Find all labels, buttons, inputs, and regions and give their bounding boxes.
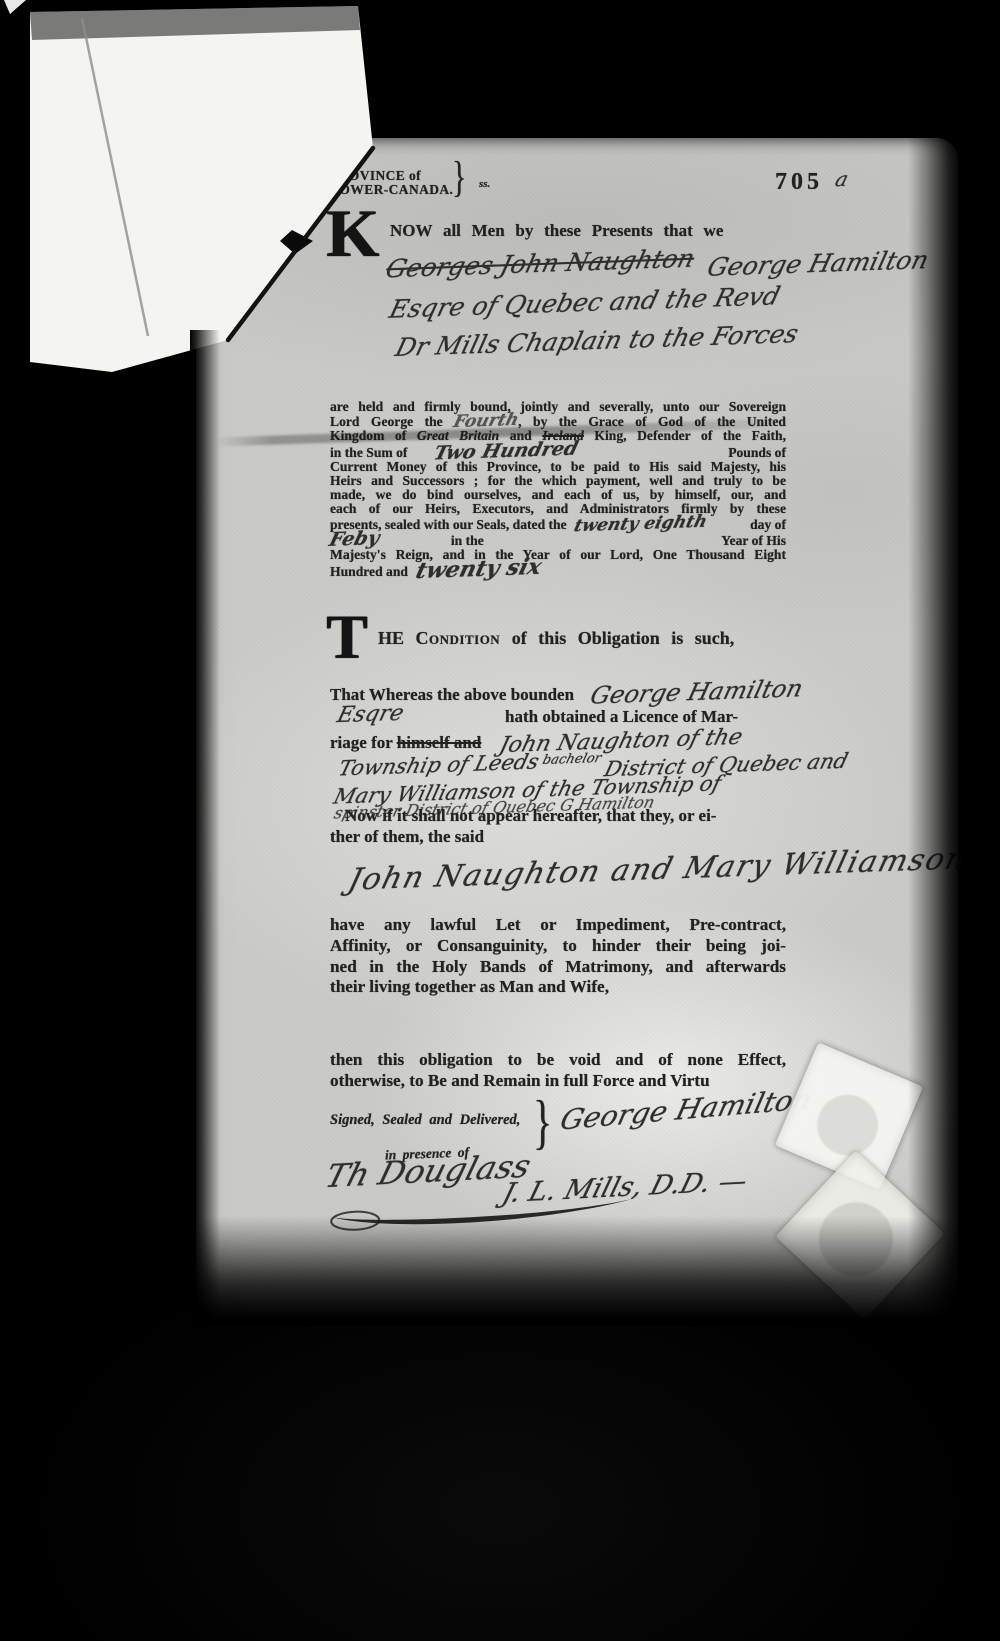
bond-line: Current Money of this Province, to be pa… xyxy=(330,460,786,474)
header-brace: } xyxy=(452,153,466,202)
impediment-line: have any lawful Let or Impediment, Pre-c… xyxy=(330,915,786,936)
bond-line: Majesty's Reign, and in the Year of our … xyxy=(330,548,786,562)
header-ss: ss. xyxy=(479,178,490,190)
bond-line: Heirs and Successors ; for the which pay… xyxy=(330,474,786,488)
condition-word: Condition xyxy=(416,628,501,648)
handwritten-parties-line3: Dr Mills Chaplain to the Forces xyxy=(392,319,801,362)
date-month-hw: Feby xyxy=(328,531,381,547)
folio-letter: a xyxy=(833,167,851,191)
bondsman-name: George Hamilton xyxy=(704,245,931,282)
folio-number: 705 a xyxy=(775,167,848,196)
date-year-hw: twenty six xyxy=(415,560,543,579)
couple-names-hw: John Naughton and Mary Williamson xyxy=(345,841,971,897)
impediment-line: ned in the Holy Bands of Matrimony, and … xyxy=(330,957,786,978)
bond-line: Lord George the Fourth, by the Grace of … xyxy=(330,414,786,429)
bounden-name-hw: George Hamilton xyxy=(588,674,806,709)
bond-line: each of our Heirs, Executors, and Admini… xyxy=(330,502,786,516)
impediment-paragraph: have any lawful Let or Impediment, Pre-c… xyxy=(330,915,786,998)
officiant-signature: J. L. Mills, D.D. — xyxy=(499,1166,751,1210)
folio-digits: 705 xyxy=(775,169,823,195)
bond-line: Hundred and twenty six xyxy=(330,562,786,579)
overlay-paper-corner xyxy=(0,0,400,400)
hath-obtained-line: hath obtained a Licence of Mar- xyxy=(505,707,738,727)
overlay-paper xyxy=(30,6,373,372)
bond-line: presents, sealed with our Seals, dated t… xyxy=(330,517,786,532)
bond-line: Febyin theYear of His xyxy=(330,532,786,548)
signature-brace: } xyxy=(533,1086,552,1157)
signed-sealed-label: Signed, Sealed and Delivered, xyxy=(330,1112,520,1129)
impediment-line: Affinity, or Consanguinity, to hinder th… xyxy=(330,936,786,957)
drop-cap-T: T xyxy=(326,610,367,666)
date-day-hw: twenty eighth xyxy=(572,514,708,533)
opening-line: NOW all Men by these Presents that we xyxy=(390,221,723,241)
esquire-hw: Esqre xyxy=(335,701,407,728)
handwritten-parties-line2: Esqre of Quebec and the Revd xyxy=(387,281,784,323)
sum-hw: Two Hundred xyxy=(433,441,580,460)
ther-of-line: ther of them, the said xyxy=(330,827,484,847)
regnal-number-hw: Fourth xyxy=(452,413,520,429)
condition-heading: HE Condition of this Obligation is such, xyxy=(378,628,734,649)
microfilm-scan-page: PROVINCE of LOWER-CANADA. } ss. 705 a K … xyxy=(0,0,1000,1641)
interlined-word-hw: bachelor xyxy=(541,751,603,768)
now-if-line: Now if it shall not appear hereafter, th… xyxy=(345,806,716,826)
paper-sliver xyxy=(4,0,26,14)
bond-line: in the Sum ofTwo HundredPounds of xyxy=(330,444,786,460)
bond-line: are held and firmly bound, jointly and s… xyxy=(330,400,786,414)
witness-signature: Th Douglass xyxy=(321,1147,535,1195)
bond-paragraph: are held and firmly bound, jointly and s… xyxy=(330,400,786,579)
void-line: then this obligation to be void and of n… xyxy=(330,1050,786,1071)
handwritten-parties-line1: Georges John Naughton George Hamilton xyxy=(388,249,927,279)
impediment-line: their living together as Man and Wife, xyxy=(330,977,786,998)
void-line: otherwise, to Be and Remain in full Forc… xyxy=(330,1071,786,1092)
struck-name: Georges John Naughton xyxy=(383,244,698,284)
struck-himself-and: himself and xyxy=(397,733,482,752)
township-line-hw: Township of Leeds bachelor District of Q… xyxy=(340,752,846,778)
bond-line: made, we do bind ourselves, and each of … xyxy=(330,488,786,502)
void-paragraph: then this obligation to be void and of n… xyxy=(330,1050,786,1092)
